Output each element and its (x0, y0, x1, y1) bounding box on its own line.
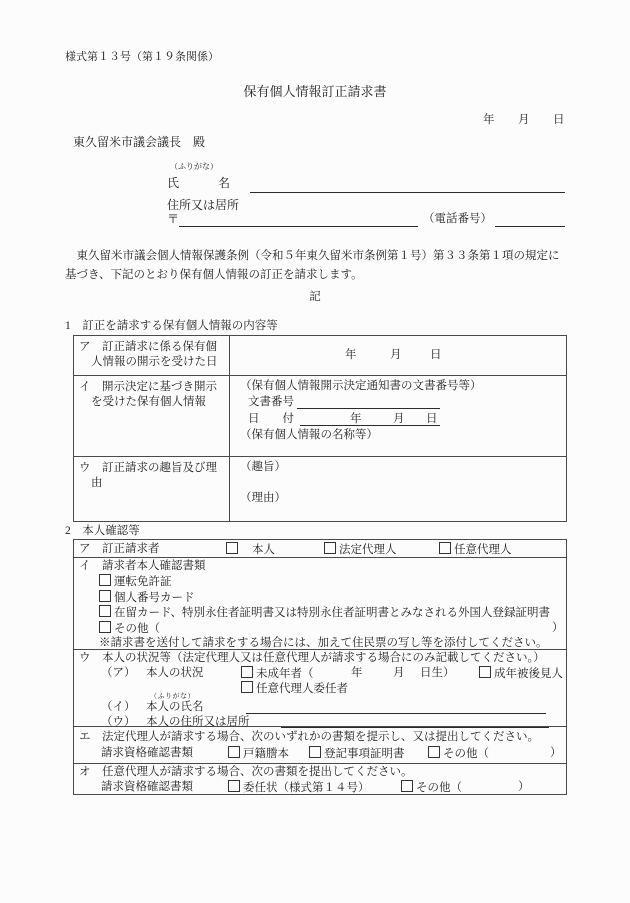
doc-number-label: 文書番号 (248, 395, 294, 410)
checkbox-icon[interactable] (428, 746, 440, 758)
checkbox-option-registry-certificate[interactable]: 登記事項証明書 (309, 746, 405, 762)
row-value-cell: （保有個人情報開示決定通知書の文書番号等） 文書番号 日 付 年 月 日 （保有… (230, 376, 566, 456)
info-name-note: （保有個人情報の名称等） (230, 428, 562, 443)
checkbox-label: 戸籍謄本 (243, 748, 289, 760)
checkbox-icon[interactable] (99, 605, 111, 617)
day-label: 日 (426, 412, 438, 427)
name-label-right: 名 (218, 176, 230, 191)
checkbox-option-other[interactable]: その他（ (401, 780, 462, 796)
checkbox-label: その他（ (416, 782, 462, 794)
checkbox-icon[interactable] (226, 542, 238, 554)
checkbox-label: 運転免許証 (114, 576, 172, 588)
checkbox-option-family-register[interactable]: 戸籍謄本 (228, 746, 289, 762)
doc-number-line: 文書番号 (230, 394, 562, 411)
checkbox-label: その他（ (443, 748, 489, 760)
legal-agent-docs-line: 請求資格確認書類 戸籍謄本 登記事項証明書 その他（ ） (74, 746, 566, 762)
doc-date-label: 日 付 (248, 412, 294, 427)
checkbox-option-minor[interactable]: 未成年者（ (241, 666, 314, 682)
sub-item-number: （ア） (101, 666, 136, 681)
sub-item-number: （イ） (101, 700, 136, 715)
checkbox-label: 在留カード、特別永住者証明書又は特別永住者証明書とみなされる外国人登録証明書 (114, 607, 550, 619)
table-row-disclosed-info: イ 開示決定に基づき開示 を受けた保有個人情報 （保有個人情報開示決定通知書の文… (74, 376, 566, 457)
page-title: 保有個人情報訂正請求書 (0, 84, 630, 99)
checkbox-label: その他（ (114, 623, 160, 635)
name-field[interactable] (250, 179, 565, 193)
table-row-voluntary-agent-docs: オ 任意代理人が請求する場合、次の書類を提出してください。 請求資格確認書類 委… (74, 764, 566, 794)
form-document: 様式第１３号（第１９条関係） 保有個人情報訂正請求書 年 月 日 東久留米市議会… (0, 0, 630, 903)
day-label: 日 (553, 113, 565, 128)
checkbox-label: 登記事項証明書 (324, 748, 405, 760)
row-label-cell: イ 開示決定に基づき開示 を受けた保有個人情報 (74, 376, 230, 456)
qualification-docs-label: 請求資格確認書類 (101, 780, 193, 795)
section1-heading: 1 訂正を請求する保有個人情報の内容等 (65, 319, 278, 334)
doc-number-note: （保有個人情報開示決定通知書の文書番号等） (230, 379, 562, 394)
checkbox-icon[interactable] (324, 542, 336, 554)
row-label-cell: ウ 訂正請求の趣旨及び理 由 (74, 457, 230, 521)
label-text: 本人の氏名 (146, 701, 204, 713)
checkbox-label: 未成年者（ (256, 668, 314, 680)
phone-field[interactable] (495, 213, 565, 227)
id-documents-label: イ 請求者本人確認書類 (74, 558, 566, 574)
year-label: 年 (351, 666, 363, 681)
month-label: 月 (390, 348, 402, 363)
checkbox-option-mynumber-card[interactable]: 個人番号カード (74, 590, 566, 605)
section1-table: ア 訂正請求に係る保有個 人情報の開示を受けた日 年 月 日 イ 開示決定に基づ… (73, 335, 567, 522)
principal-status-line: （ア） 本人の状況 未成年者（ 年 月 日生） 成年被後見人 (74, 666, 566, 681)
body-line-1: 東久留米市議会個人情報保護条例（令和５年東久留米市条例第１号）第３３条第１項の規… (65, 247, 577, 266)
address-label: 住所又は居所 (167, 198, 239, 213)
checkbox-icon[interactable] (309, 746, 321, 758)
checkbox-label: 本人 (252, 544, 275, 556)
checkbox-label: 法定代理人 (339, 544, 397, 556)
body-paragraph: 東久留米市議会個人情報保護条例（令和５年東久留米市条例第１号）第３３条第１項の規… (65, 247, 577, 285)
qualification-docs-label: 請求資格確認書類 (101, 746, 193, 761)
furigana-label: （ふりがな） (150, 693, 195, 700)
row-value-cell[interactable]: （趣旨） （理由） (230, 457, 566, 521)
section2-heading: 2 本人確認等 (65, 524, 140, 539)
checkbox-icon[interactable] (241, 666, 253, 678)
name-line: 氏 名 (167, 176, 565, 193)
row-label-line2: 由 (79, 476, 226, 491)
principal-name-field[interactable] (246, 700, 546, 714)
postal-mark: 〒 (167, 212, 179, 227)
checkbox-icon[interactable] (401, 780, 413, 792)
checkbox-label: 任意代理人委任者 (256, 683, 348, 695)
month-label: 月 (393, 412, 405, 427)
table-row-legal-agent-docs: エ 法定代理人が請求する場合、次のいずれかの書類を提示し、又は提出してください。… (74, 727, 566, 764)
year-label: 年 (350, 412, 362, 427)
checkbox-label: 個人番号カード (114, 592, 195, 604)
checkbox-icon[interactable] (479, 666, 491, 678)
checkbox-icon[interactable] (99, 574, 111, 586)
checkbox-icon[interactable] (439, 542, 451, 554)
doc-number-field[interactable] (297, 395, 440, 409)
voluntary-agent-docs-line: 請求資格確認書類 委任状（様式第１４号） その他（ ） (74, 780, 566, 794)
row-label-cell: ア 訂正請求に係る保有個 人情報の開示を受けた日 (74, 336, 230, 375)
doc-date-field[interactable] (300, 412, 440, 426)
checkbox-label: 任意代理人 (454, 544, 512, 556)
day-label: 日 (430, 348, 442, 363)
row-label-line1: ア 訂正請求に係る保有個 (79, 340, 226, 355)
phone-label: （電話番号） (423, 212, 492, 227)
checkbox-option-delegator[interactable]: 任意代理人委任者 (74, 681, 566, 696)
addressee: 東久留米市議会議長 殿 (73, 135, 205, 150)
year-label: 年 (345, 348, 357, 363)
checkbox-icon[interactable] (228, 780, 240, 792)
checkbox-option-adult-ward[interactable]: 成年被後見人 (479, 666, 563, 682)
row-value-cell[interactable]: 年 月 日 (230, 336, 566, 375)
checkbox-option-self[interactable]: 本人 (226, 542, 275, 558)
table-row-requester: ア 訂正請求者 本人 法定代理人 任意代理人 (74, 540, 566, 558)
row-label-line2: 人情報の開示を受けた日 (79, 355, 226, 370)
furigana-label: （ふりがな） (170, 162, 218, 171)
row-label-line1: イ 開示決定に基づき開示 (79, 380, 226, 395)
postal-line: 〒 （電話番号） (167, 212, 565, 228)
checkbox-option-voluntary-agent[interactable]: 任意代理人 (439, 542, 512, 558)
reason-label: （理由） (230, 491, 562, 506)
applicant-block: （ふりがな） 氏 名 住所又は居所 〒 （電話番号） (167, 162, 567, 232)
checkbox-icon[interactable] (241, 681, 253, 693)
table-row-purport-reason: ウ 訂正請求の趣旨及び理 由 （趣旨） （理由） (74, 457, 566, 521)
address-field[interactable] (179, 213, 418, 227)
checkbox-icon[interactable] (99, 621, 111, 633)
table-row-disclosure-date: ア 訂正請求に係る保有個 人情報の開示を受けた日 年 月 日 (74, 336, 566, 376)
row-label-line2: を受けた保有個人情報 (79, 395, 226, 410)
checkbox-icon[interactable] (228, 746, 240, 758)
principal-status-label: ウ 本人の状況等（法定代理人又は任意代理人が請求する場合にのみ記載してください。… (74, 650, 566, 666)
legal-agent-label: エ 法定代理人が請求する場合、次のいずれかの書類を提示し、又は提出してください。 (74, 727, 566, 746)
section2-table: ア 訂正請求者 本人 法定代理人 任意代理人 イ 請求者本人確認書類 運転免許証… (73, 539, 567, 795)
table-row-id-documents: イ 請求者本人確認書類 運転免許証 個人番号カード 在留カード、特別永住者証明書… (74, 558, 566, 650)
body-line-2: 基づき、下記のとおり保有個人情報の訂正を請求します。 (65, 266, 577, 285)
requester-label: ア 訂正請求者 (79, 542, 160, 557)
checkbox-option-other[interactable]: その他（ ） (74, 621, 566, 636)
close-paren: ） (550, 746, 562, 761)
form-number: 様式第１３号（第１９条関係） (65, 50, 219, 65)
checkbox-option-legal-agent[interactable]: 法定代理人 (324, 542, 397, 558)
voluntary-agent-label: オ 任意代理人が請求する場合、次の書類を提出してください。 (74, 764, 566, 780)
row-label-line1: ウ 訂正請求の趣旨及び理 (79, 461, 226, 476)
month-label: 月 (518, 113, 530, 128)
date-line: 年 月 日 (483, 113, 567, 128)
principal-address-field[interactable] (281, 714, 549, 728)
purport-label: （趣旨） (230, 460, 562, 475)
record-mark: 記 (0, 290, 630, 305)
checkbox-label: 委任状（様式第１４号） (243, 782, 370, 794)
close-paren: ） (552, 621, 564, 636)
checkbox-icon[interactable] (99, 590, 111, 602)
month-label: 月 (393, 666, 405, 681)
principal-name-line: （イ） （ふりがな） 本人の氏名 (74, 696, 566, 715)
checkbox-label: 成年被後見人 (494, 668, 563, 680)
checkbox-option-drivers-license[interactable]: 運転免許証 (74, 574, 566, 589)
checkbox-option-other[interactable]: その他（ (428, 746, 489, 762)
table-row-principal-status: ウ 本人の状況等（法定代理人又は任意代理人が請求する場合にのみ記載してください。… (74, 650, 566, 727)
checkbox-option-power-of-attorney[interactable]: 委任状（様式第１４号） (228, 780, 370, 796)
day-born-label: 日生） (420, 666, 455, 681)
name-label-left: 氏 (167, 176, 179, 191)
close-paren: ） (518, 780, 530, 795)
principal-name-label: （ふりがな） 本人の氏名 (146, 700, 204, 715)
year-label: 年 (483, 113, 495, 128)
doc-date-line: 日 付 年 月 日 (230, 411, 562, 428)
status-label: 本人の状況 (146, 666, 204, 681)
checkbox-option-residence-card[interactable]: 在留カード、特別永住者証明書又は特別永住者証明書とみなされる外国人登録証明書 (74, 605, 566, 620)
